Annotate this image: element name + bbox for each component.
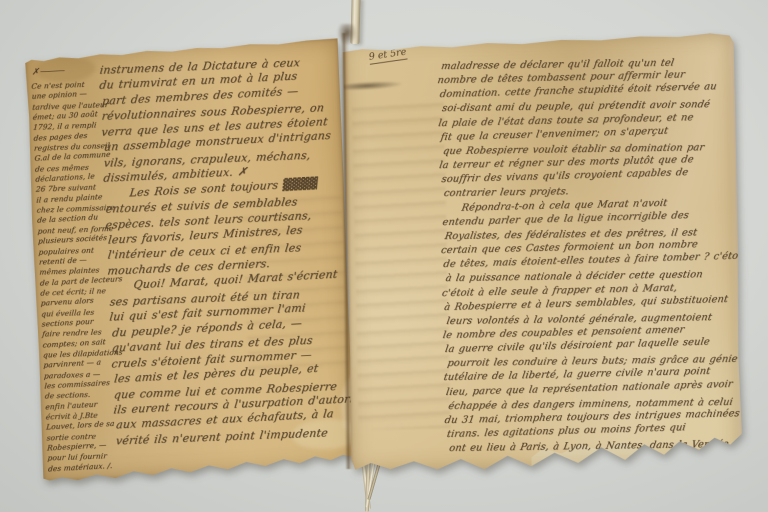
left-page-text-column: instrumens de la Dictature à ceuxdu triu… [99, 52, 352, 448]
manuscript-photo: ✗ ——— Ce n'est pointune opinion —tardive… [0, 0, 768, 512]
manuscript-page-right: 9 et 5re maladresse de déclarer qu'il fa… [343, 32, 743, 472]
ink-smudge [343, 80, 401, 91]
ink-bleed-through [352, 98, 451, 430]
gutter-top-shadow [337, 24, 357, 46]
folio-annotation: 9 et 5re [368, 47, 407, 65]
renvoi-mark: ✗ ——— [31, 66, 64, 77]
right-page-text-column: maladresse de déclarer qu'il falloit qu'… [439, 54, 731, 456]
right-page-paper: 9 et 5re maladresse de déclarer qu'il fa… [343, 32, 743, 472]
handwritten-line: ont eu lieu à Paris, à Lyon, à Nantes, d… [448, 438, 734, 456]
left-page-paper: ✗ ——— Ce n'est pointune opinion —tardive… [25, 38, 356, 481]
manuscript-page-left: ✗ ——— Ce n'est pointune opinion —tardive… [25, 38, 356, 481]
